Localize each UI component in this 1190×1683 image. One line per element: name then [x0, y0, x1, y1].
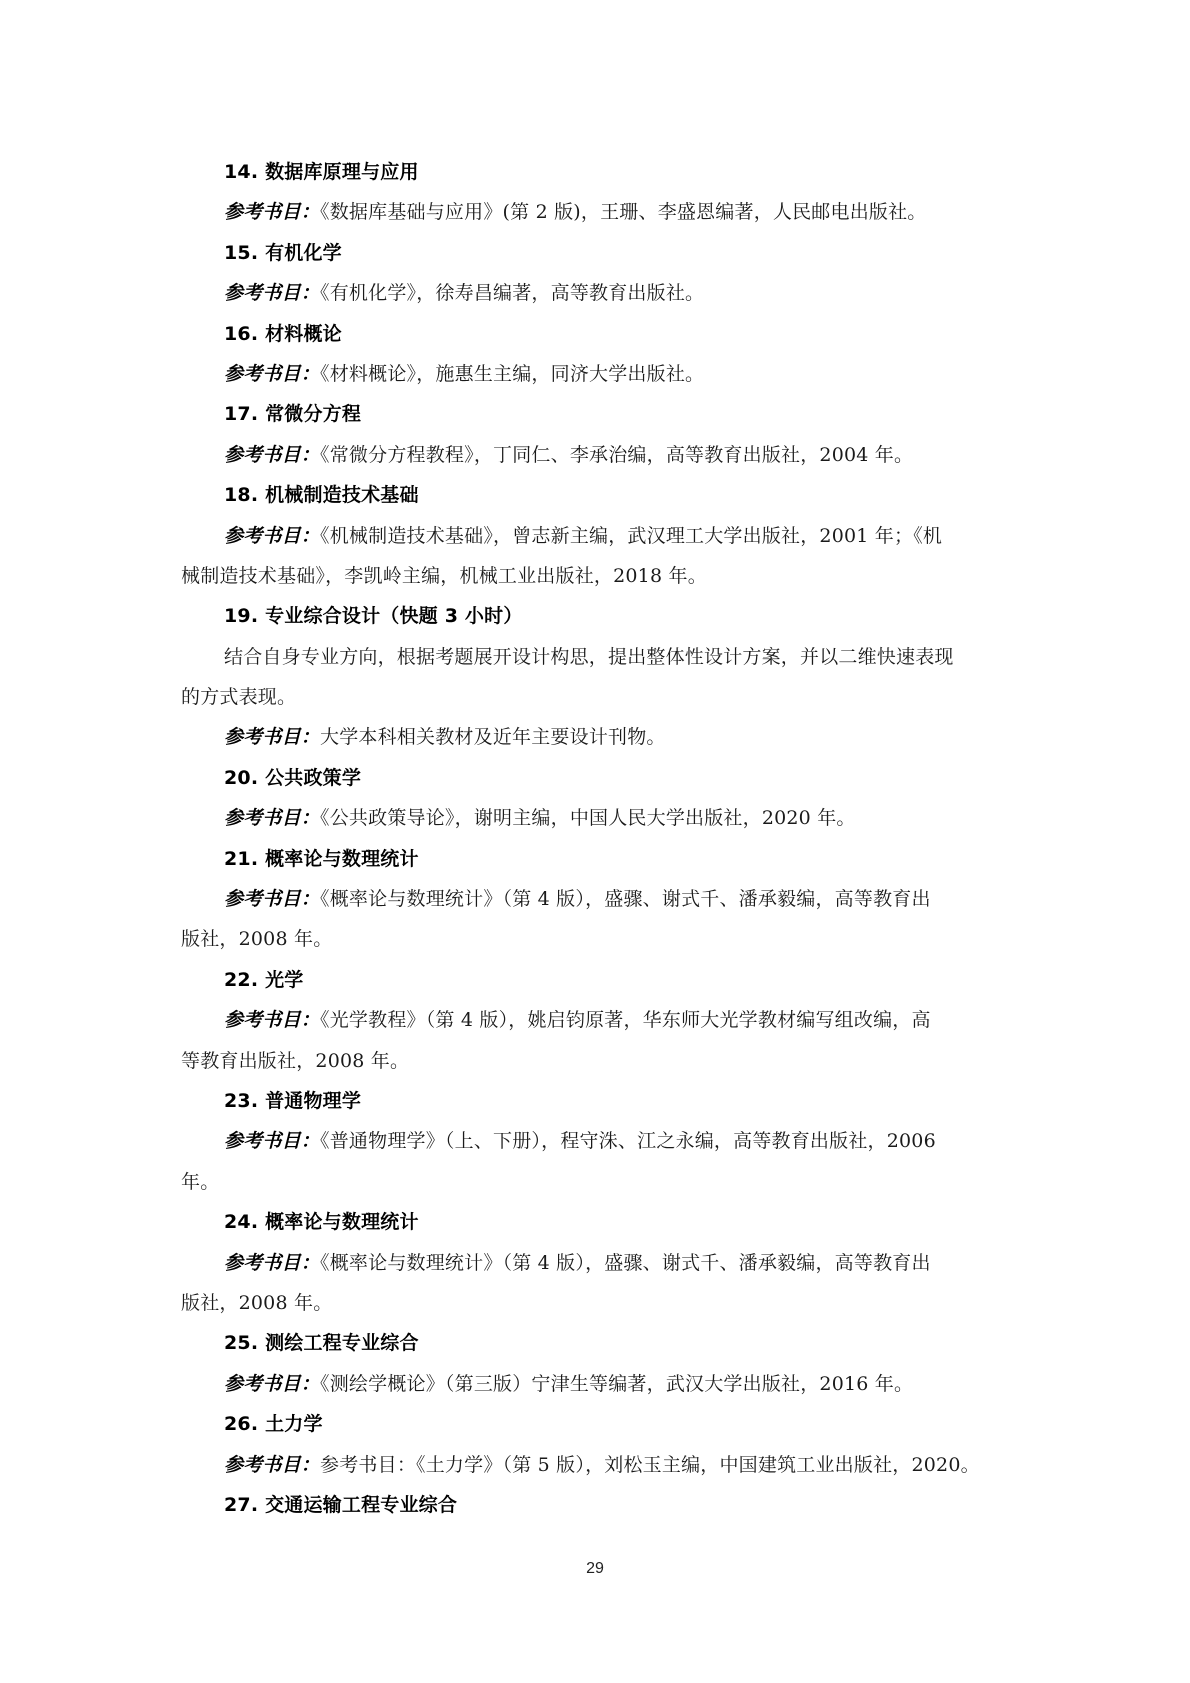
reference-line: 参考书目：参考书目：《土力学》（第 5 版），刘松玉主编，中国建筑工业出版社，2…: [181, 1445, 1019, 1485]
page-number: 29: [0, 1560, 1190, 1578]
reference-text: 《概率论与数理统计》（第 4 版），盛骤、谢式千、潘承毅编，高等教育出: [320, 888, 931, 910]
section-heading: 26. 土力学: [181, 1404, 1019, 1444]
reference-label: 参考书目：: [224, 282, 320, 304]
reference-continuation: 等教育出版社，2008 年。: [181, 1041, 1019, 1081]
description-continuation: 的方式表现。: [181, 677, 1019, 717]
page-content: 14. 数据库原理与应用 参考书目：《数据库基础与应用》(第 2 版)，王珊、李…: [181, 152, 1019, 1525]
section-heading: 18. 机械制造技术基础: [181, 475, 1019, 515]
reference-label: 参考书目：: [224, 726, 320, 748]
reference-label: 参考书目：: [224, 444, 320, 466]
reference-text: 《材料概论》，施惠生主编，同济大学出版社。: [320, 363, 704, 385]
reference-line: 参考书目：《概率论与数理统计》（第 4 版），盛骤、谢式千、潘承毅编，高等教育出: [181, 879, 1019, 919]
reference-continuation: 械制造技术基础》，李凯岭主编，机械工业出版社，2018 年。: [181, 556, 1019, 596]
reference-text: 《光学教程》（第 4 版），姚启钧原著，华东师大光学教材编写组改编，高: [320, 1009, 931, 1031]
reference-line: 参考书目：《材料概论》，施惠生主编，同济大学出版社。: [181, 354, 1019, 394]
description-line: 结合自身专业方向，根据考题展开设计构思，提出整体性设计方案，并以二维快速表现: [181, 637, 1019, 677]
section-heading: 25. 测绘工程专业综合: [181, 1323, 1019, 1363]
reference-line: 参考书目：《常微分方程教程》，丁同仁、李承治编，高等教育出版社，2004 年。: [181, 435, 1019, 475]
reference-line: 参考书目：《有机化学》，徐寿昌编著，高等教育出版社。: [181, 273, 1019, 313]
reference-continuation: 版社，2008 年。: [181, 919, 1019, 959]
reference-text: 大学本科相关教材及近年主要设计刊物。: [320, 726, 666, 748]
reference-label: 参考书目：: [224, 1009, 320, 1031]
reference-label: 参考书目：: [224, 1373, 320, 1395]
reference-label: 参考书目：: [224, 201, 320, 223]
reference-line: 参考书目：《公共政策导论》，谢明主编，中国人民大学出版社，2020 年。: [181, 798, 1019, 838]
reference-text: 参考书目：《土力学》（第 5 版），刘松玉主编，中国建筑工业出版社，2020。: [320, 1454, 980, 1476]
section-heading: 27. 交通运输工程专业综合: [181, 1485, 1019, 1525]
reference-text: 《数据库基础与应用》(第 2 版)，王珊、李盛恩编著，人民邮电出版社。: [320, 201, 927, 223]
reference-label: 参考书目：: [224, 1252, 320, 1274]
reference-continuation: 年。: [181, 1162, 1019, 1202]
section-heading: 22. 光学: [181, 960, 1019, 1000]
reference-text: 《测绘学概论》（第三版）宁津生等编著，武汉大学出版社，2016 年。: [320, 1373, 913, 1395]
reference-label: 参考书目：: [224, 525, 320, 547]
section-heading: 23. 普通物理学: [181, 1081, 1019, 1121]
reference-label: 参考书目：: [224, 1130, 320, 1152]
section-heading: 15. 有机化学: [181, 233, 1019, 273]
section-heading: 20. 公共政策学: [181, 758, 1019, 798]
reference-line: 参考书目：《测绘学概论》（第三版）宁津生等编著，武汉大学出版社，2016 年。: [181, 1364, 1019, 1404]
section-heading: 21. 概率论与数理统计: [181, 839, 1019, 879]
reference-line: 参考书目：《概率论与数理统计》（第 4 版），盛骤、谢式千、潘承毅编，高等教育出: [181, 1243, 1019, 1283]
reference-label: 参考书目：: [224, 888, 320, 910]
reference-line: 参考书目：《机械制造技术基础》，曾志新主编，武汉理工大学出版社，2001 年；《…: [181, 516, 1019, 556]
reference-text: 《有机化学》，徐寿昌编著，高等教育出版社。: [320, 282, 704, 304]
section-heading: 17. 常微分方程: [181, 394, 1019, 434]
section-heading: 24. 概率论与数理统计: [181, 1202, 1019, 1242]
reference-line: 参考书目：大学本科相关教材及近年主要设计刊物。: [181, 717, 1019, 757]
section-heading: 16. 材料概论: [181, 314, 1019, 354]
reference-text: 《普通物理学》（上、下册），程守洙、江之永编，高等教育出版社，2006: [320, 1130, 936, 1152]
reference-line: 参考书目：《数据库基础与应用》(第 2 版)，王珊、李盛恩编著，人民邮电出版社。: [181, 192, 1019, 232]
reference-label: 参考书目：: [224, 363, 320, 385]
reference-line: 参考书目：《普通物理学》（上、下册），程守洙、江之永编，高等教育出版社，2006: [181, 1121, 1019, 1161]
reference-label: 参考书目：: [224, 807, 320, 829]
section-heading: 19. 专业综合设计（快题 3 小时）: [181, 596, 1019, 636]
reference-text: 《公共政策导论》，谢明主编，中国人民大学出版社，2020 年。: [320, 807, 856, 829]
reference-text: 《机械制造技术基础》，曾志新主编，武汉理工大学出版社，2001 年；《机: [320, 525, 942, 547]
reference-text: 《常微分方程教程》，丁同仁、李承治编，高等教育出版社，2004 年。: [320, 444, 913, 466]
document-page: 14. 数据库原理与应用 参考书目：《数据库基础与应用》(第 2 版)，王珊、李…: [0, 0, 1190, 1683]
reference-label: 参考书目：: [224, 1454, 320, 1476]
reference-continuation: 版社，2008 年。: [181, 1283, 1019, 1323]
reference-text: 《概率论与数理统计》（第 4 版），盛骤、谢式千、潘承毅编，高等教育出: [320, 1252, 931, 1274]
reference-line: 参考书目：《光学教程》（第 4 版），姚启钧原著，华东师大光学教材编写组改编，高: [181, 1000, 1019, 1040]
section-heading: 14. 数据库原理与应用: [181, 152, 1019, 192]
